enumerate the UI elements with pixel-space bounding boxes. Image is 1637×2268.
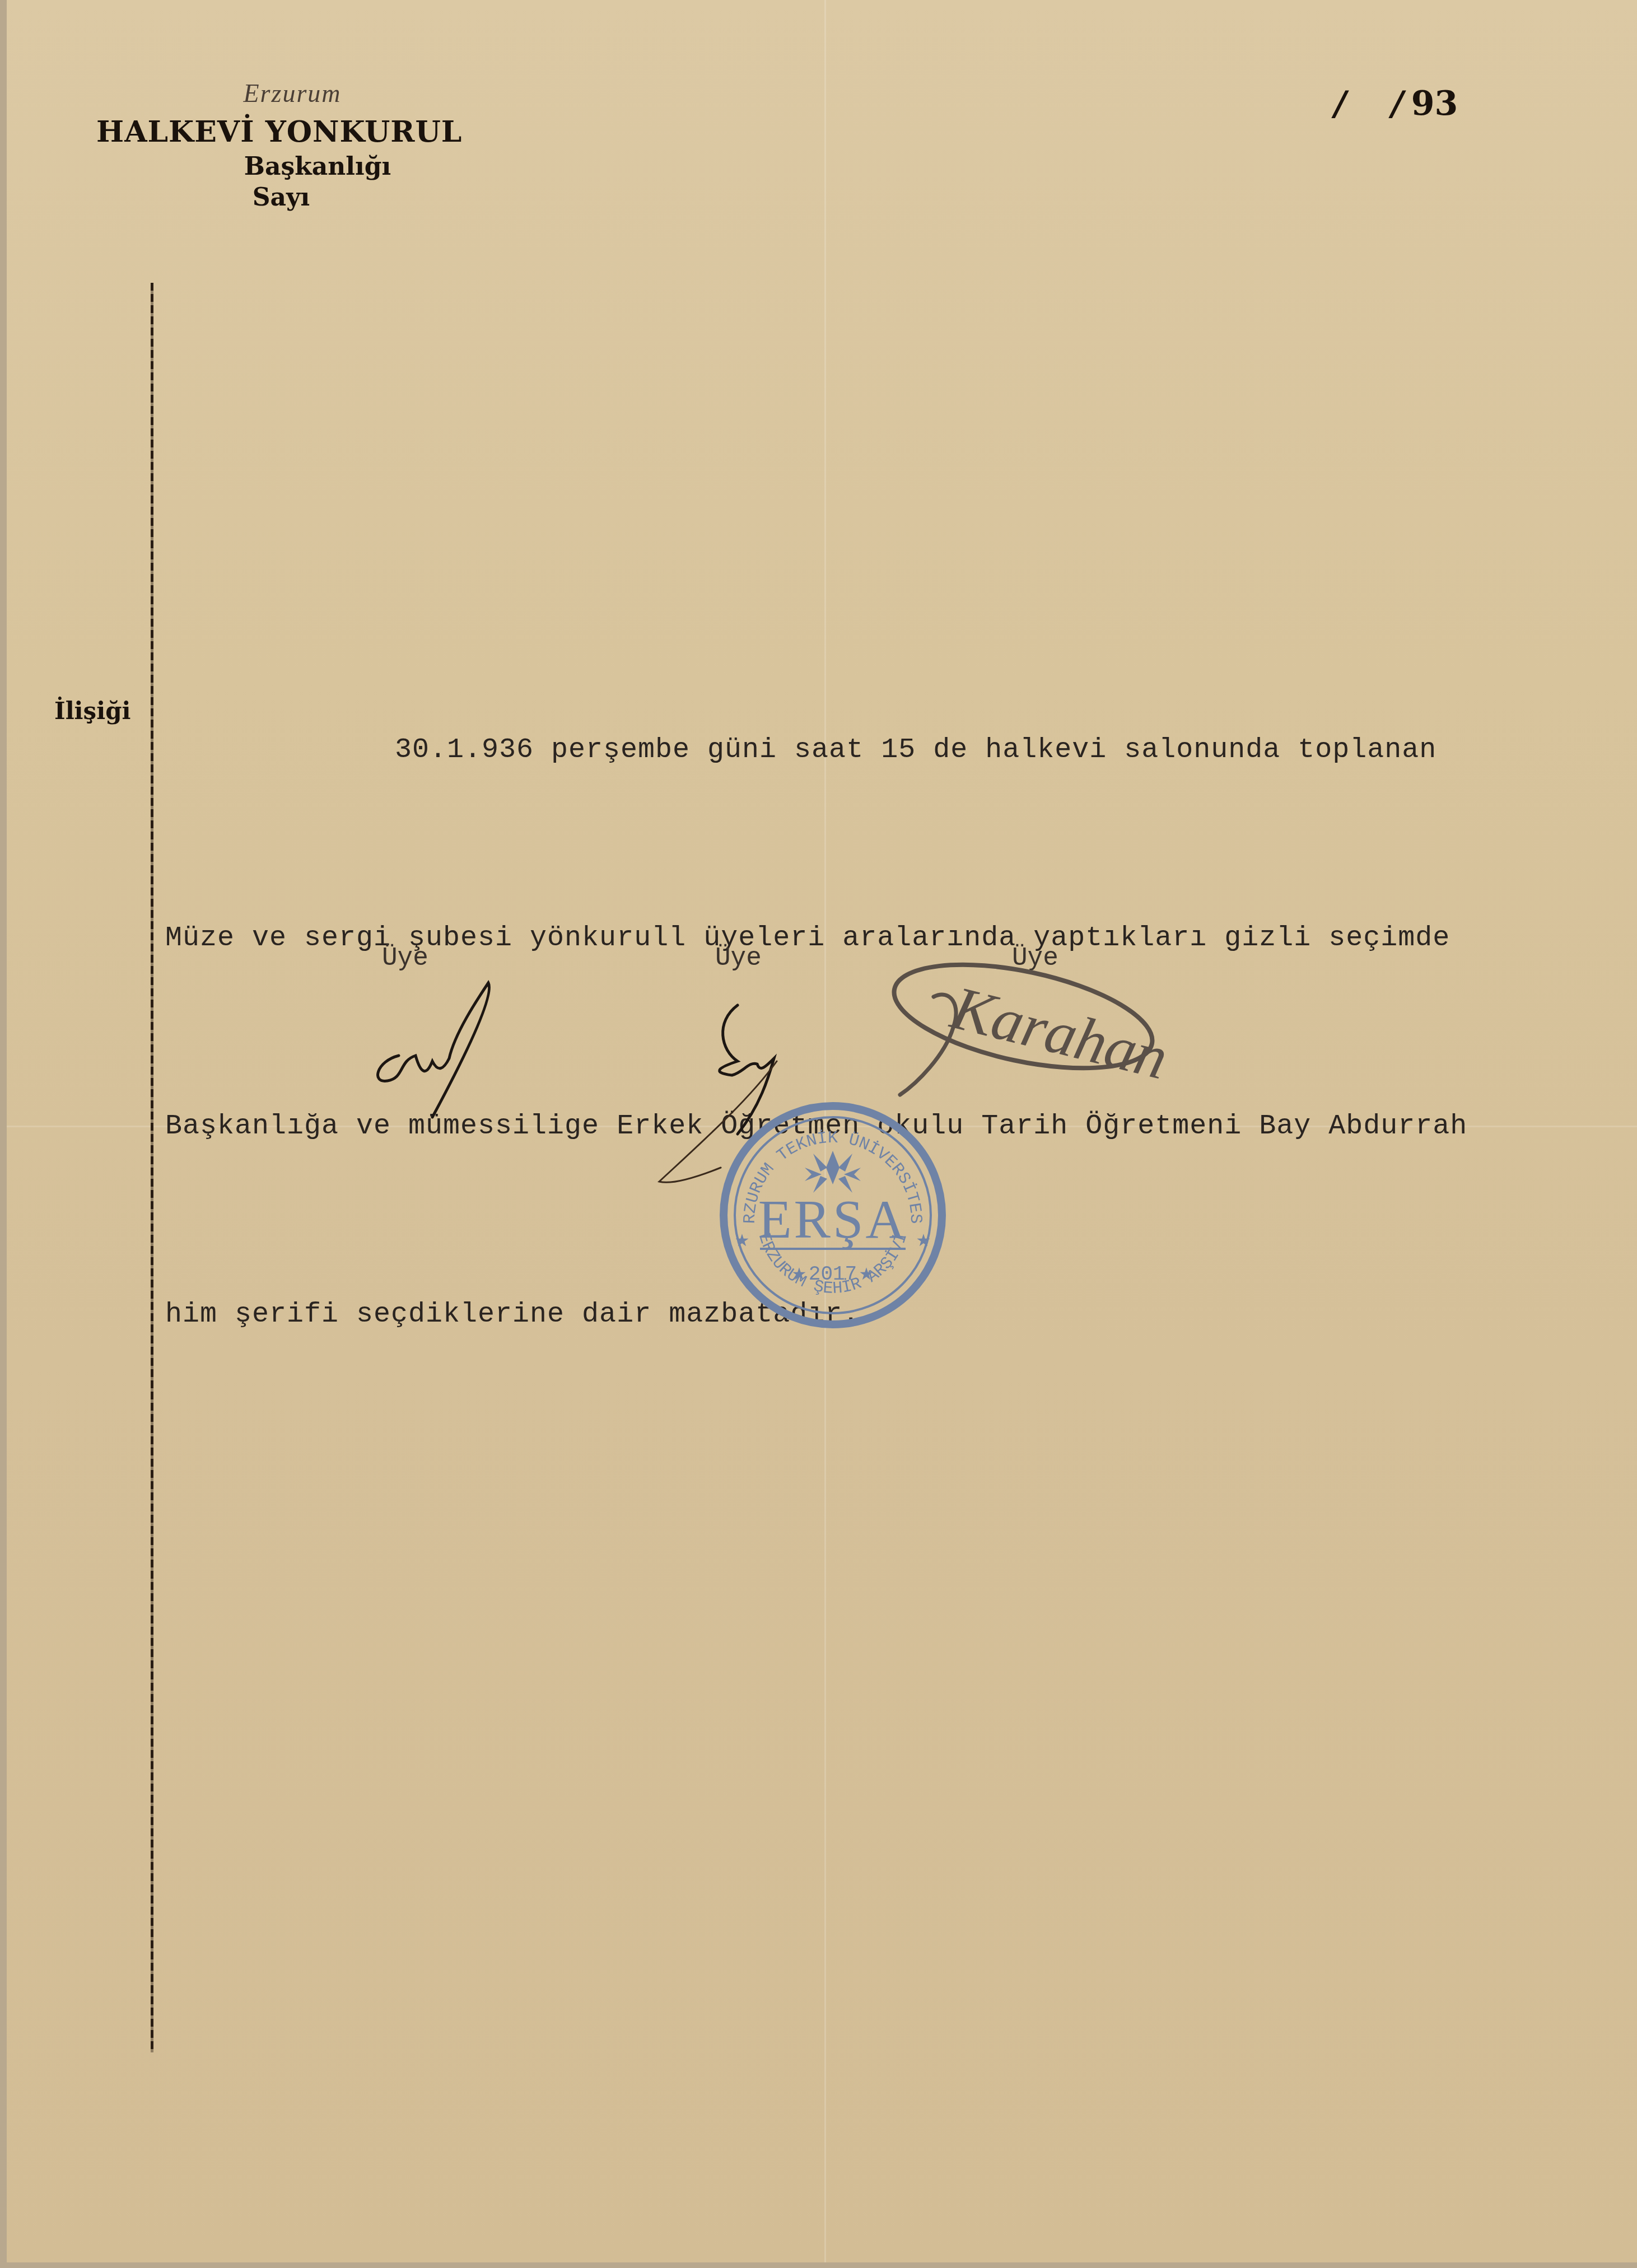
- margin-dotted-line: [151, 283, 153, 2052]
- signature-label: Üye: [715, 944, 762, 973]
- letterhead-department: Başkanlığı: [180, 152, 455, 181]
- star-icon: ★: [735, 1231, 750, 1250]
- star-icon: ★: [859, 1265, 874, 1284]
- letterhead: Erzurum HALKEVİ YONKURUL Başkanlığı Sayı: [96, 78, 455, 212]
- letterhead-city: Erzurum: [130, 78, 455, 108]
- handwritten-signature-encircled-icon: Karahan: [883, 955, 1174, 1100]
- archive-stamp: ERZURUM TEKNİK ÜNİVERSİTESİ ERZURUM ŞEHİ…: [715, 1098, 950, 1333]
- signature-member-2: Üye: [715, 944, 762, 973]
- reference-slash-2: /: [1391, 84, 1403, 123]
- reference-number-value: 93: [1411, 84, 1458, 123]
- body-line: 30.1.936 perşembe güni saat 15 de halkev…: [165, 719, 1621, 782]
- star-icon: ★: [792, 1265, 807, 1284]
- reference-number: //93: [1334, 84, 1458, 123]
- letterhead-organization: HALKEVİ YONKURUL: [96, 115, 455, 149]
- signature-member-3: Üye Karahan: [1012, 944, 1058, 973]
- reference-slash-1: /: [1334, 84, 1346, 123]
- handwritten-signature-icon: [365, 977, 533, 1123]
- stamp-center-text: ERŞA: [758, 1189, 908, 1250]
- letterhead-number-label: Sayı: [108, 183, 455, 212]
- signature-member-1: Üye: [382, 944, 428, 973]
- svg-text:Karahan: Karahan: [944, 973, 1174, 1092]
- signature-label: Üye: [382, 944, 428, 973]
- document-page: Erzurum HALKEVİ YONKURUL Başkanlığı Sayı…: [7, 0, 1637, 2262]
- stamp-year: 2017: [809, 1263, 857, 1286]
- star-icon: ★: [916, 1231, 931, 1250]
- snowflake-emblem-icon: [805, 1151, 861, 1193]
- margin-label-ilisigi: İlişiği: [54, 697, 130, 725]
